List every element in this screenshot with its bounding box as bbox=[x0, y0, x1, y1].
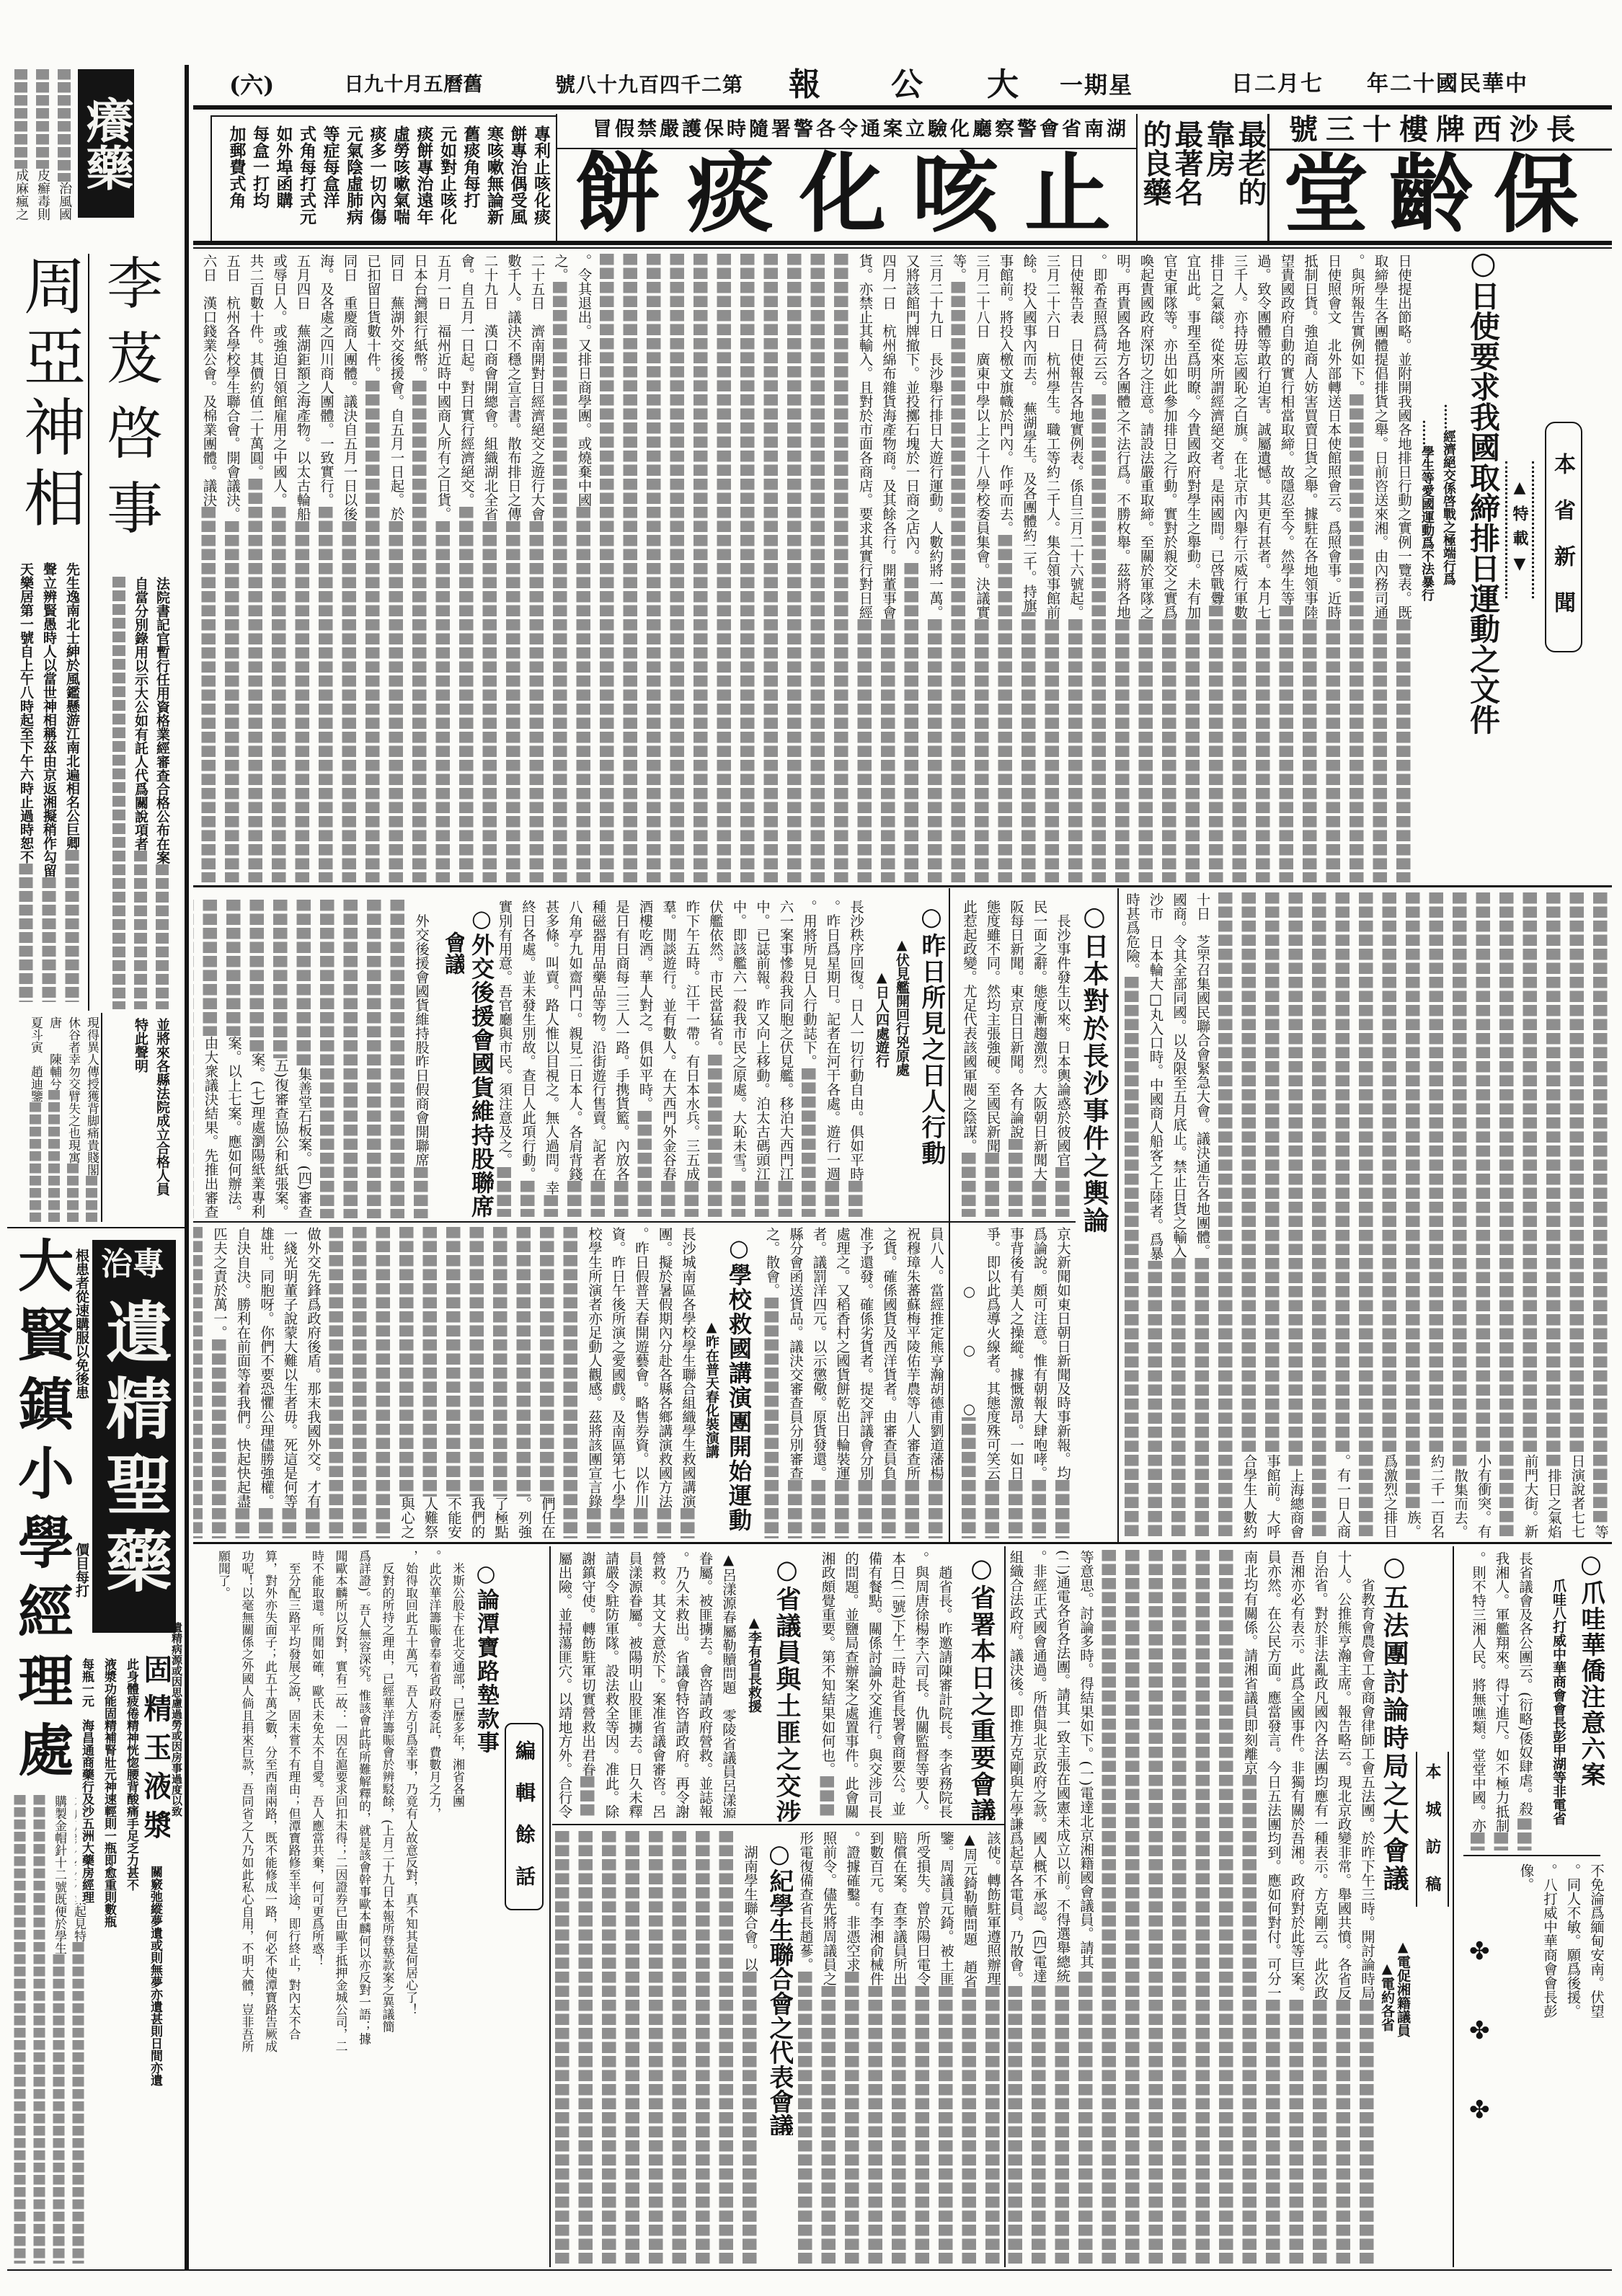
column-text: 痰餅專治遠年 bbox=[412, 125, 435, 225]
banner-divider bbox=[1136, 114, 1138, 241]
column-text: 先生逸南北士紳於風鑑懸游江南北遍相名公巨卿 bbox=[61, 562, 83, 850]
column-text: 校學生所演者亦足動人觀感。茲將該團宣言錄 bbox=[583, 1227, 606, 1508]
column-text: 天樂居第一號自上午八時起至下午六時止過時恕不 bbox=[15, 562, 37, 864]
column-text: 阪每日新聞。東京日日新聞。各有論說 bbox=[1005, 900, 1027, 1139]
column-text: 至分配三路平均發展之說，固未嘗不有理由；但潭寶路修至半途，即行終止，對內太不合 bbox=[283, 1550, 303, 2040]
text-column: 種磁器用品藥品等物。沿街遊行售賣。記者在 bbox=[586, 900, 610, 1217]
jade-syrup-title: 固精玉液漿 bbox=[141, 1654, 170, 1856]
text-column bbox=[363, 900, 386, 1218]
text-column: 每瓶一元 海昌通商藥行及沙五洲大藥房經理 bbox=[75, 1658, 97, 2091]
column-text: 聲立辨賢愚時人以當世神相稱茲由京返湘擬稍作勾留 bbox=[38, 562, 60, 877]
column-text: 。非經正式國會通過。所借與北京政府之款。國人概不承認。(四)電達 bbox=[1028, 1550, 1050, 1982]
column-text: 合學生人數約 bbox=[1238, 1454, 1261, 1538]
text-column: 此身體疲倦精神恍惚腰背酸痛手足乏力甚不 bbox=[120, 1658, 142, 2091]
column-text: 法院書記官暫行任用資格業經審查合格公布在案 bbox=[151, 577, 173, 864]
column-text: 四月一日 杭州綿布雜貨海產物商。及其餘各行。開董事會 bbox=[877, 254, 900, 619]
column-text: 等意思。討論多時。得結果如下。(一)電達北京湘籍國會議員。請其 bbox=[1075, 1550, 1097, 1969]
text-column: 吾湘亦必有表示。此爲全國事件。非獨有關於吾湘。政府對於此等巨案。 bbox=[1285, 1550, 1308, 2264]
small-notice-text: 現得異人傳授獲背脚痛貴賤閣休谷者幸勿交臂失之也現寓唐 陳輔兮夏斗寅 趙迪鑒 bbox=[26, 1016, 101, 1222]
text-column: 。證據確鑿。非憑空求 bbox=[841, 1831, 864, 2264]
text-column: 終日各處。並未發生別故。查日人此項行動。 bbox=[516, 900, 540, 1217]
column-text: 共二百數十件。其價約值二十萬圓。 bbox=[245, 254, 267, 479]
text-column: 先生逸南北士紳於風鑑懸游江南北遍相名公巨卿 bbox=[61, 562, 84, 1002]
column-text: 液漿功能固精補腎壯元神速輕則一瓶即愈重則數瓶 bbox=[99, 1658, 119, 1928]
column-text: 我們的 bbox=[466, 1497, 489, 1539]
text-column: (二)通電各省各法團。請其一致主張在國憲未成立以前。不得選舉總統 bbox=[1050, 1550, 1074, 2264]
column-text: 營救。其文大意於下。案准省議會審咨。呂議 bbox=[647, 1551, 670, 1818]
article-body-student-union: 湖南學生聯合會。以 bbox=[552, 1831, 761, 2264]
text-column: 又將該館門牌撤下。並投擲石塊於一日商之店內。 bbox=[900, 254, 923, 882]
column-text: 同日 蕪湖外交後援會。自五月一日起。於 bbox=[386, 254, 408, 521]
text-column bbox=[348, 1227, 372, 1538]
column-text: 匹夫之責於萬一。 bbox=[208, 1227, 231, 1339]
text-column: 聲立辨賢愚時人以當世神相稱茲由京返湘擬稍作勾留 bbox=[37, 562, 61, 1002]
text-column: 員八人。當經推定熊亨瀚胡德甫劉道藩楊 bbox=[924, 1227, 948, 1538]
headline-railway-loan: ○論潭寶路墊款事 bbox=[473, 1561, 499, 1755]
text-column: 中。即該艦六一殺我市民之原處。大恥未雪。 bbox=[727, 900, 750, 1217]
column-text: 員漾源眷屬。被陽明山股匪擄去。日久未釋。 bbox=[624, 1551, 646, 1818]
text-column: ，始得取回此五十萬元，吾人方引爲幸事，乃竟有人故意反對，真不知其是何居心了！ bbox=[399, 1550, 422, 2264]
text-column: 十人。公推熊亨瀚主席。報告略云。現北京政變非常。舉國共憤。各省反 bbox=[1331, 1550, 1355, 2264]
column-text: 元氣陰虛肺病 bbox=[342, 125, 365, 225]
column-text: 。則不特三湘人民。將無噍類。堂堂中國。亦 bbox=[1467, 1551, 1489, 1832]
lunar-date: 舊曆五月十九日 bbox=[339, 75, 483, 94]
text-column: 羣。閒談遊行。並有數人。在大西門外金谷春 bbox=[657, 900, 681, 1217]
text-column: ▲周元錡勒贖問題 趙省 bbox=[957, 1831, 981, 2264]
column-text: 羣。閒談遊行。並有數人。在大西門外金谷春 bbox=[657, 900, 680, 1181]
column-text: 長沙事件發生以來。日本輿論惑於彼國官 bbox=[1052, 900, 1074, 1167]
column-text: 等症每盒洋 bbox=[318, 125, 342, 208]
text-column: 處理之。又稻香村之國貨餅乾出日輪裝運 bbox=[830, 1227, 854, 1538]
text-column: 會。自五月一日起。對日實行經濟絕交。 bbox=[455, 254, 479, 882]
article-body-national-goods-lower: 員八人。當經推定熊亨瀚胡德甫劉道藩楊祝穆璋朱蕃蘇梅平陵佑芋農等八人審查所之貨。確… bbox=[760, 1227, 947, 1538]
column-text: 日使照會文 北外部轉送日本使館照會云。爲照會事。近時 bbox=[1323, 254, 1345, 619]
text-column bbox=[1097, 1550, 1121, 2264]
column-text: 喚起貴國政府深切之注意。請設法嚴重取締。至關於軍隊之 bbox=[1135, 254, 1158, 619]
column-text: 吾湘亦必有表示。此爲全國事件。非獨有關於吾湘。政府對於此等巨案。 bbox=[1286, 1550, 1308, 2000]
column-text: 員八人。當經推定熊亨瀚胡德甫劉道藩楊 bbox=[925, 1227, 947, 1480]
column-text: 爲論說。頗可注意。惟有朝報大肆咆哮。 bbox=[1029, 1227, 1051, 1480]
column-text: ，始得取回此五十萬元，吾人方引爲幸事，乃竟有人故意反對，真不知其是何居心了！ bbox=[400, 1550, 420, 2016]
column-text: 實別有用意。吾官廳與市民。須注意及之。 bbox=[494, 900, 516, 1167]
jade-syrup-under-title: 關竅弛縱夢遺或則無夢亦遺甚則日間亦遺 bbox=[147, 1866, 163, 2086]
text-column: 排日之氣燄。從來所謂經濟絕交者。是兩國間。已啓戰釁 bbox=[1205, 254, 1228, 882]
text-column: 。即希查照爲荷云云。 bbox=[1087, 254, 1111, 882]
text-column: 酒樓吃酒。華人對之。俱如平時。 bbox=[633, 900, 657, 1217]
headline-assembly-bandits: ○省議員與土匪之交涉 bbox=[772, 1555, 801, 1822]
physiognomy-ad-title: 周亞神相 bbox=[13, 254, 85, 557]
text-column: 或辱日人。或強迫日領館雇用之中國人。 bbox=[267, 254, 291, 882]
text-column: 最著名 bbox=[1171, 120, 1202, 238]
article-body-railway-loan: 米斯公股卡在北交通部，已歷多年，湘省各團。此次華洋籌賑會奉着省政府委託，費數月之… bbox=[193, 1550, 469, 2264]
text-column: 民一面之辭。態度漸趨激烈。大阪朝日新聞大 bbox=[1027, 900, 1051, 1217]
text-column: 的問題。並鹽局查辦案之處置事件。此會關係 bbox=[839, 1551, 863, 1818]
ad-divider bbox=[101, 1013, 102, 1222]
column-text: 夏斗寅 趙迪鑒 bbox=[26, 1016, 45, 1102]
text-column: 案。以上七案。應如何辦法。 bbox=[222, 900, 246, 1218]
text-column: 不能安 bbox=[442, 1227, 466, 1538]
text-column: 南北均有關係。請湘省議員即刻離京 bbox=[1238, 1550, 1262, 2264]
text-column: 所受損失。曾於陽日電令 bbox=[910, 1831, 934, 2264]
ad-rule bbox=[7, 1227, 185, 1228]
column-text: 事館前。大呼 bbox=[1262, 1454, 1284, 1538]
text-column: 。昨日假普天春開遊藝會。略售券資。以作川 bbox=[629, 1227, 653, 1538]
column-text: 了極點 bbox=[489, 1497, 512, 1539]
column-text: 式角每打式元 bbox=[295, 125, 319, 225]
column-text: 日演說者七七 bbox=[1566, 1454, 1589, 1538]
column-text: 前門大街。新 bbox=[1520, 1454, 1542, 1538]
column-text: 聞歐本麟所以反對，實有二故：一因在滬要求回扣未得；二因證券已由歐手抵押金城公司，… bbox=[330, 1550, 350, 2052]
text-column bbox=[806, 254, 830, 882]
seminal-medicine-title: 遺精聖藥 bbox=[99, 1298, 169, 1622]
headline-java-chinese: ○爪哇華僑注意六案 bbox=[1577, 1550, 1605, 1795]
text-column: 的良藥 bbox=[1139, 120, 1171, 238]
column-text: 數千人。議決不穩之宣言書。散布排日之傳 bbox=[502, 254, 525, 521]
column-text: 排日之氣焰 bbox=[1543, 1468, 1565, 1539]
headline-national-goods: ○外交後援會國貨維持股聯席 bbox=[469, 905, 495, 1222]
column-text: 約二千一百名 bbox=[1426, 1454, 1448, 1538]
text-column: 營救。其文大意於下。案准省議會審咨。呂議 bbox=[646, 1551, 670, 1818]
text-column: 日使報告表 日使報告各地實例表。係自三月二十六號起。 bbox=[1064, 254, 1088, 882]
text-column: 宜出此。事理至爲明瞭。今貴國政府對學生之舉動。未有加 bbox=[1181, 254, 1205, 882]
text-column: 請嚴令駐防軍隊。設法救全等因。准此。除咨 bbox=[599, 1551, 623, 1818]
text-column: 靠房 bbox=[1202, 120, 1234, 238]
column-text: 會。自五月一日起。對日實行經濟絕交。 bbox=[456, 254, 478, 507]
text-column: 像。 bbox=[1514, 1863, 1538, 2080]
column-text: 處理之。又稻香村之國貨餅乾出日輪裝運 bbox=[831, 1227, 854, 1480]
column-text: 最老的 bbox=[1234, 120, 1266, 206]
column-text: 時甚爲危險。 bbox=[1121, 892, 1143, 977]
column-text: 我湘人。軍艦翔來。得寸進尺。如不極力抵制 bbox=[1491, 1551, 1513, 1832]
text-column: 前門大街。新 bbox=[1518, 892, 1542, 1538]
left-column-border bbox=[185, 65, 189, 2271]
article-body-assembly-bandits-lower: 該使。轉飭駐軍遵照辦理▲周元錡勒贖問題 趙省鑒。周議員元錡。被土匪所受損失。曾於… bbox=[793, 1831, 1004, 2264]
column-text: 雄壯。同胞呀。你們不要恐懼公理儘勝強權。 bbox=[255, 1227, 278, 1508]
column-text: 准予還發。確係劣貨者。提交評議會分別 bbox=[855, 1227, 877, 1480]
text-column: 了極點 bbox=[489, 1227, 513, 1538]
text-column: 寒咳嗽無論新 bbox=[482, 125, 506, 235]
text-column: 長沙事件發生以來。日本輿論惑於彼國官 bbox=[1051, 900, 1075, 1217]
text-column: 至分配三路平均發展之說，固未嘗不有理由；但潭寶路修至半途，即行終止，對內太不合 bbox=[281, 1550, 305, 2264]
column-text: 。即希查照爲荷云云。 bbox=[1089, 254, 1111, 394]
column-text: 照前令。儘先將周議員之 bbox=[818, 1831, 841, 1986]
text-column: 四月一日 杭州綿布雜貨海產物商。及其餘各行。開董事會 bbox=[877, 254, 900, 882]
text-column: 員亦然。在公民方面。應當發言。今日五法團均到。應如何對付。可分一 bbox=[1262, 1550, 1285, 2264]
text-column: 算，對外亦失面子；此五十萬之數，分至西南兩路，既不能修成一路，何必不使潭寶路告厥… bbox=[258, 1550, 282, 2264]
column-text: 到數百元。有李湘俞械件 bbox=[865, 1831, 887, 1986]
column-text: 算，對外亦失面子；此五十萬之數，分至西南兩路，既不能修成一路，何必不使潭寶路告厥… bbox=[260, 1550, 280, 2052]
headline-five-bodies: ○五法團討論時局之大會議 bbox=[1379, 1551, 1409, 1890]
column-text: 者。議罰洋四元。以示懲儆。原貨發還。 bbox=[808, 1227, 830, 1480]
text-column: 集善堂石板案。(四)審查 bbox=[292, 900, 316, 1218]
column-text: ○ ○ ○ bbox=[958, 1227, 980, 1417]
text-column: 眷屬。被匪擄去。會咨請政府營救。並誌報端 bbox=[693, 1551, 717, 1818]
text-column: 照前令。儘先將周議員之 bbox=[817, 1831, 841, 2264]
column-text: 。與周唐徐楊李六司長。仇關監督等要人。於 bbox=[910, 1551, 933, 1818]
column-text: 長省議會及各公團云。(衍略)倭奴肆虐。殺 bbox=[1514, 1551, 1536, 1815]
column-text: 十日 芝罘召集國民聯合會緊急大會。議決通告各地團體。 bbox=[1192, 892, 1214, 1258]
headline-lecture-corps: ○學校救國講演團開始運動 bbox=[725, 1234, 753, 1537]
text-column bbox=[339, 900, 363, 1218]
text-column: 功呢！以毫無關係之外國人倘且捐來巨款，吾同省之人乃如此私心自用，不明大體，豈非吾… bbox=[234, 1550, 258, 2264]
column-text: 態度雖不同。然均主張強硬。至國民新聞 bbox=[982, 900, 1004, 1153]
column-rule bbox=[1453, 1546, 1454, 2267]
text-column bbox=[736, 254, 760, 882]
article-body-java-upper: 長省議會及各公團云。(衍略)倭奴肆虐。殺我湘人。軍艦翔來。得寸進尺。如不極力抵制… bbox=[1466, 1551, 1536, 1850]
headline-japanese-activity: ○昨日所見之日人行動 bbox=[918, 903, 945, 1176]
text-column bbox=[193, 1550, 211, 2264]
section-label-editor-column: 編輯餘話 bbox=[505, 1723, 544, 1910]
column-text: 上海總商會 bbox=[1285, 1468, 1308, 1539]
column-text: 。八打威中華商會會長彭 bbox=[1538, 1863, 1561, 2018]
column-text: 。證據確鑿。非憑空求 bbox=[841, 1831, 864, 1972]
text-column: 治風國 bbox=[53, 69, 75, 221]
paper-name-char: 報 bbox=[789, 69, 820, 101]
text-column: 時甚爲危險。 bbox=[1120, 892, 1144, 1538]
text-column: 米斯公股卡在北交通部，已歷多年，湘省各團 bbox=[446, 1550, 469, 2264]
article-body-five-bodies: 省教育會農會工會商會律師工會五法團。於昨下午三時。開討論時局十人。公推熊亨瀚主席… bbox=[1008, 1550, 1378, 2264]
column-text: 與心之 bbox=[396, 1497, 418, 1539]
column-text: 民一面之辭。態度漸趨激烈。大阪朝日新聞大 bbox=[1029, 900, 1051, 1181]
text-column: 三千人。亦持毋忘國恥之白旗。在北京市內舉行示威行軍數 bbox=[1228, 254, 1251, 882]
column-text: 。昨日爲星期日。記者在河干各處。遊行一週 bbox=[822, 900, 844, 1181]
column-text: 抵制日貨。強迫商人妨害買賣日貨之舉。據駐在各地領事陸 bbox=[1299, 254, 1321, 619]
text-column: 二十九日 漢口商會開總會。組織湖北全省 bbox=[478, 254, 502, 882]
text-column: 式角每打式元 bbox=[295, 125, 319, 235]
column-text: 的良藥 bbox=[1139, 120, 1171, 206]
text-column: 已扣留日貨數十件。 bbox=[361, 254, 385, 882]
row-rule bbox=[193, 1542, 1612, 1544]
column-text: 是日有日商每二三人一路。手携貨籃。內放各 bbox=[611, 900, 633, 1181]
column-text: 沙市 日本輪大□丸入口時。中國商人船客之上陸者。爲暴 bbox=[1145, 892, 1167, 1261]
text-column: 。非經正式國會通過。所借與北京政府之款。國人概不承認。(四)電達 bbox=[1027, 1550, 1051, 2264]
text-column: 法院書記官暫行任用資格業經審查合格公布在案 bbox=[151, 577, 173, 1009]
text-column: 日使提出節略。並附開我國各地排日行動之實例一覽表。既 bbox=[1392, 254, 1416, 882]
column-text: 五)復審查協公和紙張案。 bbox=[270, 1058, 292, 1218]
text-column bbox=[619, 254, 642, 882]
text-column: 五月一日 福州近時中國商人所有之日貨。 bbox=[431, 254, 455, 882]
subhead: ▲電約各省 bbox=[1379, 1961, 1395, 2031]
article-body-japan-demand: 日使提出節略。並附開我國各地排日行動之實例一覽表。既取締學生各團體提倡排貨之舉。… bbox=[193, 254, 1415, 882]
text-column: 散集而去。 bbox=[1448, 892, 1472, 1538]
subhead: ▲昨在普天春化裝演講 bbox=[704, 1319, 719, 1458]
column-text: 伏艦依然。市民當猛省。 bbox=[704, 900, 727, 1055]
paper-name-char: 大 bbox=[987, 69, 1019, 101]
column-text: 省教育會農會工會商會律師工會五法團。於昨下午三時。開討論時局 bbox=[1356, 1550, 1378, 2000]
column-text: 資。昨日午後所演之愛國戲。及南區第七小學 bbox=[607, 1227, 629, 1508]
column-text: 族。 bbox=[1402, 1510, 1424, 1538]
column-text: 貨。亦禁止其輸入。且對於市面各商店。要求其實行對日經 bbox=[854, 254, 877, 619]
text-column: 省教育會農會工會商會律師工會五法團。於昨下午三時。開討論時局 bbox=[1355, 1550, 1379, 2264]
text-column: 等。 bbox=[947, 254, 970, 882]
text-column: 昨下午五時。江干一帶。有日本水兵。三五成 bbox=[680, 900, 704, 1217]
column-text: 時不能取還。所聞如確，歐氏未免太不自愛。吾人應當共棄，何可更爲所惑！ bbox=[306, 1550, 327, 1967]
text-column: 鑒。周議員元錡。被土匪 bbox=[934, 1831, 958, 2264]
text-column: 匹夫之責於萬一。 bbox=[208, 1227, 231, 1538]
text-column: 虛勞咳嗽氣喘 bbox=[389, 125, 412, 235]
column-rule bbox=[949, 888, 950, 1542]
column-text: 南北均有關係。請湘省議員即刻離京 bbox=[1239, 1550, 1262, 1775]
li-notice-tail: 並將來各縣法院成立合格人員特此聲明 bbox=[108, 1018, 173, 1223]
text-column: 此惹起政變。尤足代表該國軍閥之陰謀。 bbox=[957, 900, 981, 1217]
column-text: 爲激烈之排日 bbox=[1379, 1454, 1401, 1538]
month-day: 七月二日 bbox=[1228, 74, 1324, 95]
column-text: 之貨。確係國貨及西洋貨者。由審查員負 bbox=[878, 1227, 900, 1480]
column-text: 終日各處。並未發生別故。查日人此項行動。 bbox=[517, 900, 539, 1181]
column-text: 做外交先鋒爲政府後盾。那末我國外交。才有 bbox=[302, 1227, 324, 1508]
column-text: 。有一日人商 bbox=[1332, 1454, 1355, 1538]
column-text: 謝鎮守使。轉飭駐軍切實營救出君眷 bbox=[577, 1551, 599, 1776]
text-column: 時不能取還。所聞如確，歐氏未免太不自愛。吾人應當共棄，何可更爲所惑！ bbox=[305, 1550, 329, 2264]
column-text: 外交後援會國貨維持股昨日假商會開聯席 bbox=[410, 900, 433, 1167]
seminal-medicine-prefix: 專治 bbox=[92, 1247, 173, 1282]
column-text: 每盒一打均 bbox=[248, 125, 272, 208]
column-text: 。此次華洋籌賑會奉着省政府委託，費數月之力， bbox=[424, 1550, 444, 1819]
column-text: 休谷者幸勿交臂失之也現寓 bbox=[63, 1016, 82, 1163]
column-text: 明。再貴國各地方各團體之不法行爲。不勝枚舉。茲將各地 bbox=[1112, 254, 1134, 619]
text-column bbox=[1215, 1550, 1238, 2264]
text-column: 准予還發。確係劣貨者。提交評議會分別 bbox=[854, 1227, 877, 1538]
text-column: 如外埠函購 bbox=[271, 125, 295, 235]
column-text: 們任在 bbox=[536, 1497, 559, 1539]
text-column: 二十五日 濟南開對日經濟絕交之遊行大會 bbox=[525, 254, 549, 882]
text-column: 們任在 bbox=[536, 1227, 559, 1538]
column-text: 同日 重慶商人團體。議決自五月一日以後 bbox=[339, 254, 361, 521]
column-text: 二十五日 濟南開對日經濟絕交之遊行大會 bbox=[526, 254, 549, 521]
column-text: ▲周元錡勒贖問題 趙省 bbox=[959, 1831, 981, 1988]
slogan-columns: 最老的靠房最著名的良藥 bbox=[1139, 120, 1266, 238]
li-notice-title: 李芨啓事 bbox=[95, 254, 164, 571]
text-column: 同日 蕪湖外交後援會。自五月一日起。於 bbox=[384, 254, 408, 882]
column-text: 餅專治偶受風 bbox=[505, 125, 529, 225]
text-column: 縣分會函送貨品。議決交審查員分別審查 bbox=[784, 1227, 807, 1538]
text-column bbox=[1495, 892, 1519, 1538]
column-text: 八角亭九如齋門口。親見二日本人。各肩背錢 bbox=[564, 900, 586, 1181]
text-column: 。乃久未救出。省議會特咨請政府。再令謝使 bbox=[670, 1551, 693, 1818]
text-column bbox=[1214, 892, 1238, 1538]
column-text: 餘。投入國事內而去。 蕪湖學生。及各團體約二千。持旗 bbox=[1018, 254, 1040, 612]
text-column: 舊痰角每打 bbox=[458, 125, 482, 235]
text-column: 阪每日新聞。東京日日新聞。各有論說 bbox=[1004, 900, 1028, 1217]
ad-divider bbox=[88, 254, 89, 1011]
text-column: ○ ○ ○ bbox=[957, 1227, 981, 1538]
column-text: 又將該館門牌撤下。並投擲石塊於一日商之店內。 bbox=[901, 254, 923, 563]
subhead: ▲李有省長救援 bbox=[746, 1615, 762, 1713]
text-column: 國商。令其全部同國。以及限至五月底止。禁止日貨之輸入 bbox=[1167, 892, 1191, 1538]
text-column: 是日有日商每二三人一路。手携貨籃。內放各 bbox=[610, 900, 634, 1217]
text-column bbox=[1191, 1550, 1215, 2264]
text-column: 長沙城南區各學校學生聯合組織學生救國講演 bbox=[676, 1227, 700, 1538]
text-column: 日使照會文 北外部轉送日本使館照會云。爲照會事。近時 bbox=[1321, 254, 1345, 882]
subhead: 爪哇八打威中華商會會長彭甲湖等非電省 bbox=[1551, 1579, 1566, 1825]
text-column: 餘。投入國事內而去。 蕪湖學生。及各團體約二千。持旗 bbox=[1017, 254, 1041, 882]
text-column: 事館前。大呼 bbox=[1261, 892, 1285, 1538]
text-column: 。與所報告實例如下。 bbox=[1345, 254, 1369, 882]
column-text: 。昨日假普天春開遊藝會。略售券資。以作川 bbox=[630, 1227, 652, 1508]
text-column: 由大衆議決結果。先推出審查 bbox=[198, 900, 222, 1218]
column-text: 三月二十九日 長沙舉行排日大遊行運動。人數約將一萬。 bbox=[924, 254, 947, 619]
text-column: 痰多一切內傷 bbox=[365, 125, 389, 235]
column-text: 本日(二號)下午二時赴省長署會商要公。並 bbox=[887, 1551, 909, 1815]
column-text: 成麻瘋之 bbox=[11, 169, 32, 221]
text-column: 屬出險。並掃蕩匪穴。以靖地方外。合行令仰 bbox=[552, 1551, 576, 1818]
article-body-japan-opinion-upper: 長沙事件發生以來。日本輿論惑於彼國官民一面之辭。態度漸趨激烈。大阪朝日新聞大阪每… bbox=[955, 900, 1074, 1217]
column-text: 。令其退出。又排日商學團。或燒棄中國 bbox=[573, 254, 595, 507]
column-text: 散集而去。 bbox=[1449, 1468, 1471, 1539]
text-column: 約二千一百名 bbox=[1424, 892, 1448, 1538]
column-text: 十人。公推熊亨瀚主席。報告略云。現北京政變非常。舉國共憤。各省反 bbox=[1333, 1550, 1355, 2000]
column-text: 此身體疲倦精神恍惚腰背酸痛手足乏力甚不 bbox=[121, 1658, 141, 1891]
column-text: 趙省長。昨邀請陳審計院長。李省務院長 bbox=[934, 1551, 956, 1818]
seminal-medicine-title-box: 專治 遺精聖藥 bbox=[92, 1240, 176, 1633]
text-column: 元氣陰虛肺病 bbox=[342, 125, 365, 235]
cough-cake-details: 專利止咳化痰餅專治偶受風寒咳嗽無論新舊痰角每打元如對止咳化痰餅專治遠年虛勞咳嗽氣… bbox=[224, 125, 552, 235]
column-text: 一綫光明董子說蒙大難以生者毋。死這是何等 bbox=[279, 1227, 301, 1508]
text-column: 與心之 bbox=[395, 1227, 419, 1538]
text-column: 合學生人數約 bbox=[1237, 892, 1261, 1538]
text-column: 。則不特三湘人民。將無噍類。堂堂中國。亦 bbox=[1466, 1551, 1490, 1850]
text-column bbox=[10, 1795, 30, 2264]
text-column: 成麻瘋之 bbox=[10, 69, 32, 221]
headline-national-goods-tail: 會議 bbox=[441, 931, 464, 989]
text-column: 。令其退出。又排日商學團。或燒棄中國 bbox=[572, 254, 595, 882]
column-text: 屬出險。並掃蕩匪穴。以靖地方外。合行令仰 bbox=[554, 1551, 576, 1818]
text-column bbox=[30, 1795, 49, 2264]
column-text: 已扣留日貨數十件。 bbox=[362, 254, 384, 381]
column-text: 等。 bbox=[948, 254, 970, 282]
column-text: 願聞了。 bbox=[213, 1550, 233, 1599]
paper-name-char: 公 bbox=[891, 69, 923, 101]
column-text: 中。即該艦六一殺我市民之原處。大恥未雪。 bbox=[728, 900, 750, 1181]
text-column: 等症每盒洋 bbox=[318, 125, 342, 235]
headline-japan-demand: ○日使要求我國取締排日運動之文件 bbox=[1465, 245, 1501, 743]
text-column: 中。已誌前報。昨又向上移動。泊太古碼頭江 bbox=[750, 900, 774, 1217]
column-text: 賠償在案。查李議員所出 bbox=[888, 1831, 910, 1986]
column-text: 三月二十八日 廣東中學以上之十八學校委員集會。決議實 bbox=[971, 254, 993, 619]
jade-syrup-text: 此身體疲倦精神恍惚腰背酸痛手足乏力甚不液漿功能固精補腎壯元神速輕則一瓶即愈重則數… bbox=[75, 1658, 142, 2091]
cough-cake-title: 止咳化痰餅 bbox=[564, 149, 1137, 239]
column-rule bbox=[1117, 888, 1119, 1542]
column-text: 或辱日人。或強迫日領館雇用之中國人。 bbox=[268, 254, 291, 507]
text-column: 。有一日人商 bbox=[1331, 892, 1355, 1538]
daxian-school-title: 大賢鎮小學經理處 bbox=[10, 1236, 72, 1791]
li-notice-text: 法院書記官暫行任用資格業經審查合格公布在案自當分別錄用以示大公如有託人代爲關說項… bbox=[108, 577, 173, 1009]
tier-rule bbox=[1463, 1855, 1600, 1856]
text-column: 外交後援會國貨維持股昨日假商會開聯席 bbox=[409, 900, 433, 1218]
text-column: 三月二十八日 廣東中學以上之十八學校委員集會。決議實 bbox=[970, 254, 994, 882]
text-column: 休谷者幸勿交臂失之也現寓 bbox=[63, 1016, 82, 1222]
republic-year: 中華民國十二年 bbox=[1362, 74, 1528, 95]
text-column: 我們的 bbox=[465, 1227, 489, 1538]
text-column bbox=[759, 254, 783, 882]
text-column: 一綫光明董子說蒙大難以生者毋。死這是何等 bbox=[278, 1227, 301, 1538]
text-column: 自當分別錄用以示大公如有託人代爲關說項者 bbox=[130, 577, 151, 1009]
tier-rule bbox=[552, 1824, 1004, 1825]
text-column bbox=[665, 254, 689, 882]
text-column: 十日 芝罘召集國民聯合會緊急大會。議決通告各地團體。 bbox=[1190, 892, 1214, 1538]
column-text: 六一案事慘殺我同胞之伏見艦。移泊大西門江 bbox=[775, 900, 797, 1181]
flower-ornament-icon bbox=[1469, 2018, 1490, 2043]
newspaper-page: (六) 舊曆五月十九日 第二千四百九十八號 報 公 大 星期一 七月二日 中華民… bbox=[0, 0, 1622, 2296]
column-text: 日使提出節略。並附開我國各地排日行動之實例一覽表。既 bbox=[1393, 254, 1415, 619]
column-text: 日使報告表 日使報告各地實例表。係自三月二十六號起。 bbox=[1065, 254, 1087, 619]
column-text: 五月四日 蕪湖鉅額之海產物。以太古輪船 bbox=[292, 254, 314, 521]
column-rule bbox=[549, 1546, 551, 2267]
column-text: 寒咳嗽無論新 bbox=[482, 125, 506, 225]
text-column bbox=[386, 900, 409, 1218]
column-text: 專利止咳化痰 bbox=[529, 125, 553, 225]
text-column: 並將來各縣法院成立合格人員 bbox=[151, 1018, 173, 1223]
